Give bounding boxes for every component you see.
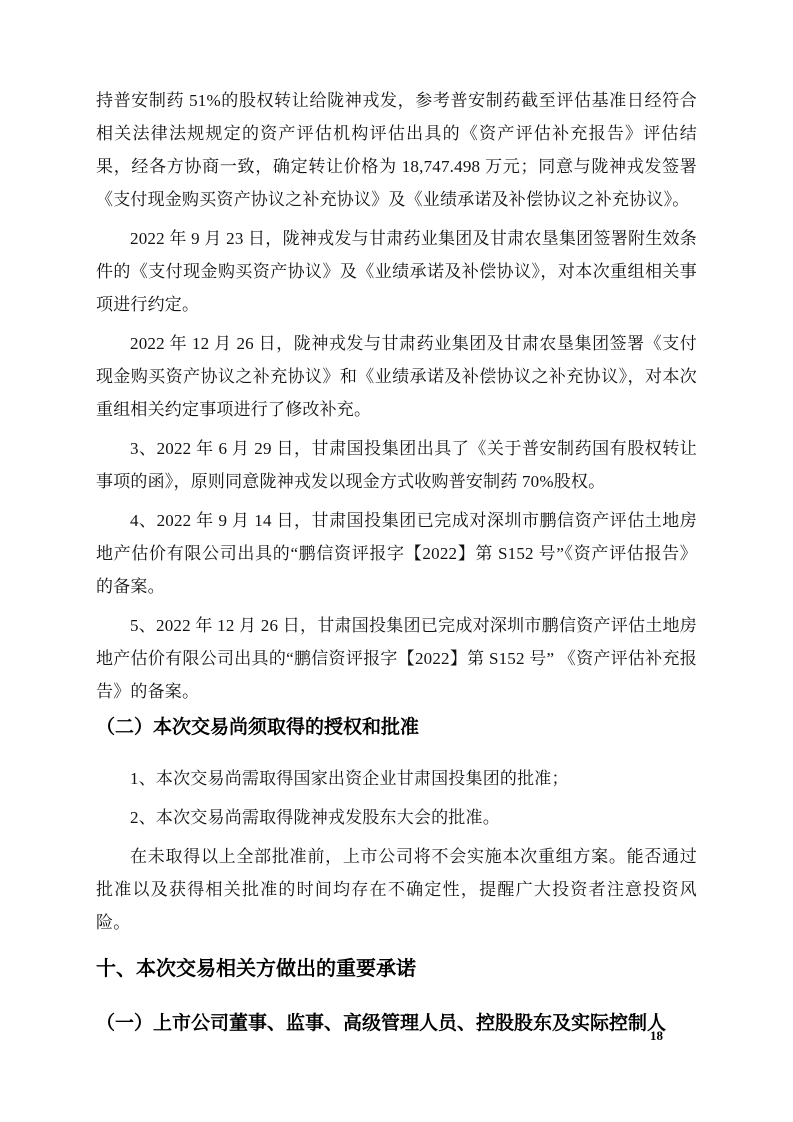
paragraph: 1、本次交易尚需取得国家出资企业甘肃国投集团的批准； (96, 762, 697, 795)
paragraph: 3、2022 年 6 月 29 日，甘肃国投集团出具了《关于普安制药国有股权转让… (96, 432, 697, 498)
section-heading-listed-company-parties: （一）上市公司董事、监事、高级管理人员、控股股东及实际控制人 (96, 1010, 697, 1038)
section-heading-authorizations: （二）本次交易尚须取得的授权和批准 (96, 714, 697, 742)
paragraph: 2、本次交易尚需取得陇神戎发股东大会的批准。 (96, 801, 697, 834)
paragraph: 2022 年 12 月 26 日，陇神戎发与甘肃药业集团及甘肃农垦集团签署《支付… (96, 327, 697, 426)
document-page: 持普安制药 51%的股权转让给陇神戎发，参考普安制药截至评估基准日经符合相关法律… (0, 0, 793, 1122)
paragraph: 5、2022 年 12 月 26 日，甘肃国投集团已完成对深圳市鹏信资产评估土地… (96, 609, 697, 708)
paragraph-continuation: 持普安制药 51%的股权转让给陇神戎发，参考普安制药截至评估基准日经符合相关法律… (96, 84, 697, 216)
paragraph: 4、2022 年 9 月 14 日，甘肃国投集团已完成对深圳市鹏信资产评估土地房… (96, 504, 697, 603)
chapter-heading-commitments: 十、本次交易相关方做出的重要承诺 (96, 954, 697, 984)
paragraph: 2022 年 9 月 23 日，陇神戎发与甘肃药业集团及甘肃农垦集团签署附生效条… (96, 222, 697, 321)
page-number: 18 (650, 1029, 663, 1043)
paragraph: 在未取得以上全部批准前，上市公司将不会实施本次重组方案。能否通过批准以及获得相关… (96, 840, 697, 939)
document-content: 持普安制药 51%的股权转让给陇神戎发，参考普安制药截至评估基准日经符合相关法律… (96, 84, 697, 1058)
